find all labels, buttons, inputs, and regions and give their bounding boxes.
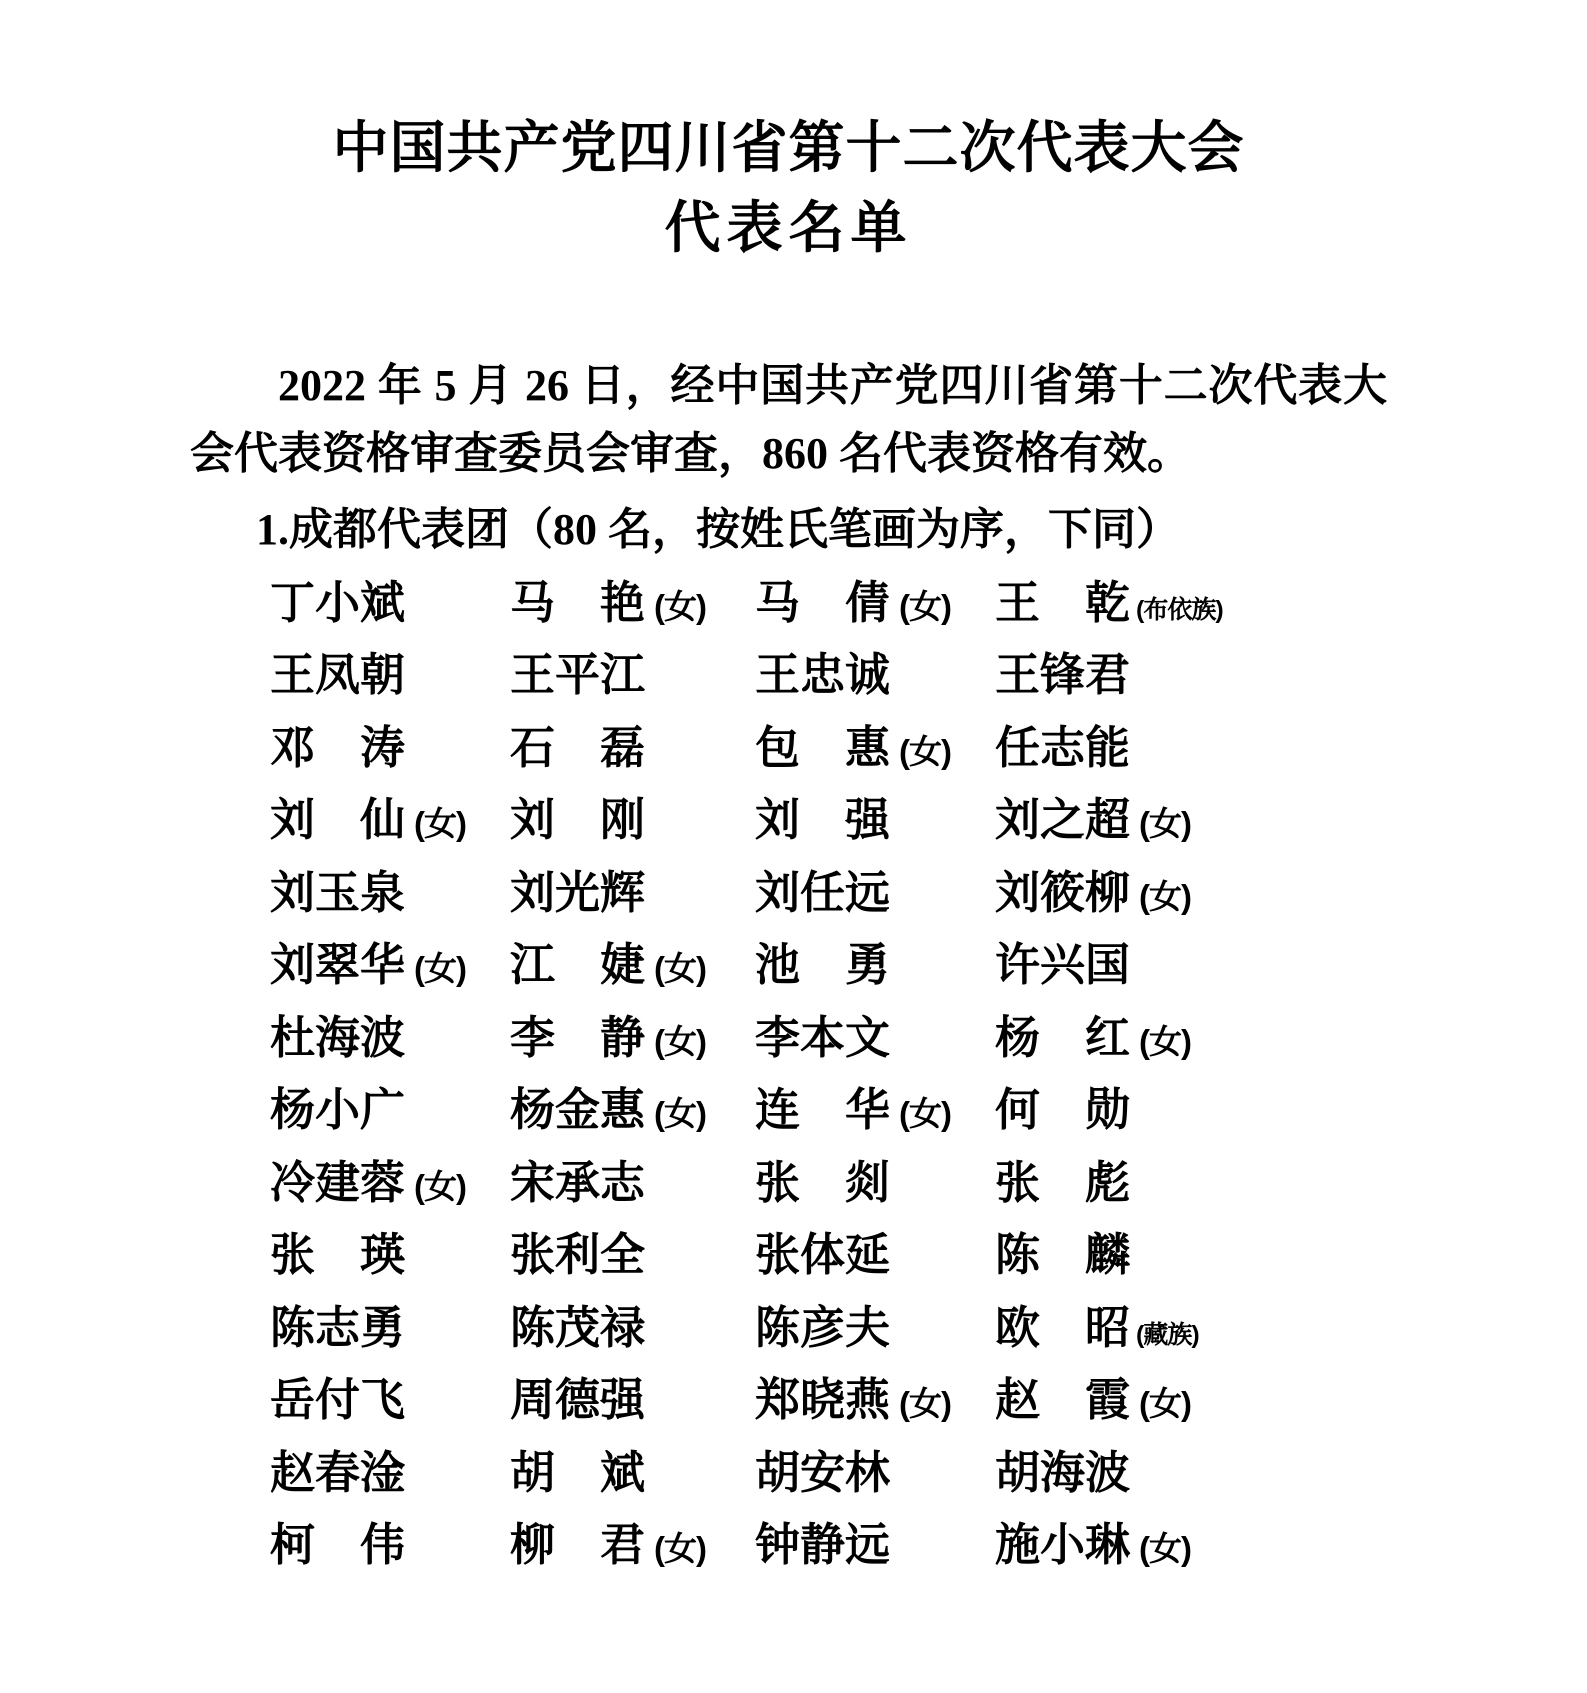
delegate-cell: 刘之超(女): [995, 797, 1387, 842]
delegate-cell: 杜海波: [270, 1015, 510, 1060]
delegate-name: 胡 斌: [510, 1450, 645, 1495]
intro-paragraph: 2022 年 5 月 26 日，经中国共产党四川省第十二次代表大会代表资格审查委…: [190, 352, 1387, 488]
delegate-cell: 陈彦夫: [755, 1305, 995, 1350]
delegate-cell: 胡 斌: [510, 1450, 755, 1495]
delegate-name: 丁小斌: [270, 580, 405, 625]
delegate-cell: 刘筱柳(女): [995, 870, 1387, 915]
delegate-cell: 刘 仙(女): [270, 797, 510, 842]
delegate-name: 柯 伟: [270, 1522, 405, 1567]
delegate-name: 邓 涛: [270, 725, 405, 770]
delegate-name: 刘 刚: [510, 797, 645, 842]
delegate-cell: 张 瑛: [270, 1232, 510, 1277]
delegate-name: 王 乾: [995, 580, 1130, 625]
delegate-cell: 陈 麟: [995, 1232, 1387, 1277]
delegate-name: 张 彪: [995, 1160, 1130, 1205]
delegate-name: 刘玉泉: [270, 870, 405, 915]
delegate-name: 王忠诚: [755, 652, 890, 697]
delegate-name: 欧 昭: [995, 1305, 1130, 1350]
delegate-name: 李 静: [510, 1015, 645, 1060]
delegate-name: 张利全: [510, 1232, 645, 1277]
delegate-name: 马 倩: [755, 580, 890, 625]
delegate-name: 杨 红: [995, 1015, 1130, 1060]
section-heading-chengdu-delegation: 1.成都代表团（80 名，按姓氏笔画为序，下同）: [190, 500, 1387, 560]
delegate-name: 赵春淦: [270, 1450, 405, 1495]
delegate-cell: 刘翠华(女): [270, 942, 510, 987]
gender-note: (女): [654, 588, 706, 625]
delegate-name: 胡安林: [755, 1450, 890, 1495]
delegate-row: 岳付飞周德强郑晓燕(女)赵 霞(女): [270, 1364, 1387, 1437]
delegate-cell: 刘玉泉: [270, 870, 510, 915]
delegate-row: 冷建蓉(女)宋承志张 剡张 彪: [270, 1146, 1387, 1219]
delegate-cell: 冷建蓉(女): [270, 1160, 510, 1205]
gender-note: (女): [899, 1385, 951, 1422]
gender-note: (女): [899, 733, 951, 770]
delegate-cell: 刘 强: [755, 797, 995, 842]
delegate-name: 张 剡: [755, 1160, 890, 1205]
delegate-name: 张体延: [755, 1232, 890, 1277]
delegate-name: 马 艳: [510, 580, 645, 625]
title-line-2: 代表名单: [190, 188, 1387, 268]
delegate-name: 陈茂禄: [510, 1305, 645, 1350]
delegate-cell: 胡海波: [995, 1450, 1387, 1495]
delegate-cell: 岳付飞: [270, 1377, 510, 1422]
gender-note: (女): [414, 805, 466, 842]
gender-note: (女): [414, 950, 466, 987]
delegate-cell: 杨金惠(女): [510, 1087, 755, 1132]
delegate-cell: 陈茂禄: [510, 1305, 755, 1350]
delegate-row: 邓 涛石 磊包 惠(女)任志能: [270, 711, 1387, 784]
delegate-name: 刘任远: [755, 870, 890, 915]
delegate-name: 杨小广: [270, 1087, 405, 1132]
delegate-cell: 任志能: [995, 725, 1387, 770]
delegate-cell: 李本文: [755, 1015, 995, 1060]
document-page: 中国共产党四川省第十二次代表大会 代表名单 2022 年 5 月 26 日，经中…: [0, 0, 1587, 1693]
gender-note: (女): [1139, 1023, 1191, 1060]
delegate-row: 杨小广杨金惠(女)连 华(女)何 勋: [270, 1074, 1387, 1147]
delegate-name: 刘之超: [995, 797, 1130, 842]
delegate-list: 丁小斌马 艳(女)马 倩(女)王 乾(布依族)王凤朝王平江王忠诚王锋君邓 涛石 …: [190, 566, 1387, 1581]
delegate-name: 包 惠: [755, 725, 890, 770]
delegate-name: 杨金惠: [510, 1087, 645, 1132]
delegate-cell: 欧 昭(藏族): [995, 1305, 1387, 1350]
delegate-name: 陈志勇: [270, 1305, 405, 1350]
delegate-cell: 张利全: [510, 1232, 755, 1277]
delegate-name: 刘筱柳: [995, 870, 1130, 915]
delegate-name: 许兴国: [995, 942, 1130, 987]
delegate-name: 刘光辉: [510, 870, 645, 915]
delegate-cell: 胡安林: [755, 1450, 995, 1495]
delegate-name: 赵 霞: [995, 1377, 1130, 1422]
delegate-name: 周德强: [510, 1377, 645, 1422]
delegate-row: 刘翠华(女)江 婕(女)池 勇许兴国: [270, 929, 1387, 1002]
delegate-cell: 钟静远: [755, 1522, 995, 1567]
delegate-name: 王锋君: [995, 652, 1130, 697]
delegate-cell: 张体延: [755, 1232, 995, 1277]
gender-note: (女): [1139, 805, 1191, 842]
delegate-cell: 刘任远: [755, 870, 995, 915]
delegate-cell: 王 乾(布依族): [995, 580, 1387, 625]
delegate-cell: 柯 伟: [270, 1522, 510, 1567]
gender-note: (女): [654, 1530, 706, 1567]
delegate-cell: 刘 刚: [510, 797, 755, 842]
delegate-cell: 何 勋: [995, 1087, 1387, 1132]
delegate-row: 王凤朝王平江王忠诚王锋君: [270, 639, 1387, 712]
delegate-row: 陈志勇陈茂禄陈彦夫欧 昭(藏族): [270, 1291, 1387, 1364]
delegate-row: 刘 仙(女)刘 刚刘 强刘之超(女): [270, 784, 1387, 857]
delegate-name: 江 婕: [510, 942, 645, 987]
delegate-name: 刘翠华: [270, 942, 405, 987]
delegate-name: 连 华: [755, 1087, 890, 1132]
delegate-cell: 张 彪: [995, 1160, 1387, 1205]
delegate-name: 陈彦夫: [755, 1305, 890, 1350]
delegate-cell: 刘光辉: [510, 870, 755, 915]
document-title: 中国共产党四川省第十二次代表大会 代表名单: [190, 108, 1387, 268]
gender-note: (女): [654, 1023, 706, 1060]
delegate-name: 陈 麟: [995, 1232, 1130, 1277]
delegate-cell: 马 倩(女): [755, 580, 995, 625]
delegate-row: 丁小斌马 艳(女)马 倩(女)王 乾(布依族): [270, 566, 1387, 639]
delegate-cell: 柳 君(女): [510, 1522, 755, 1567]
gender-note: (女): [899, 588, 951, 625]
delegate-cell: 赵 霞(女): [995, 1377, 1387, 1422]
delegate-cell: 邓 涛: [270, 725, 510, 770]
delegate-cell: 王平江: [510, 652, 755, 697]
delegate-cell: 赵春淦: [270, 1450, 510, 1495]
delegate-name: 任志能: [995, 725, 1130, 770]
gender-note: (女): [899, 1095, 951, 1132]
delegate-cell: 王忠诚: [755, 652, 995, 697]
delegate-cell: 丁小斌: [270, 580, 510, 625]
delegate-name: 石 磊: [510, 725, 645, 770]
gender-note: (女): [654, 950, 706, 987]
delegate-cell: 李 静(女): [510, 1015, 755, 1060]
delegate-name: 岳付飞: [270, 1377, 405, 1422]
delegate-cell: 陈志勇: [270, 1305, 510, 1350]
delegate-row: 赵春淦胡 斌胡安林胡海波: [270, 1436, 1387, 1509]
gender-note: (女): [654, 1095, 706, 1132]
delegate-cell: 池 勇: [755, 942, 995, 987]
delegate-row: 柯 伟柳 君(女)钟静远施小琳(女): [270, 1509, 1387, 1582]
delegate-cell: 马 艳(女): [510, 580, 755, 625]
delegate-cell: 张 剡: [755, 1160, 995, 1205]
delegate-name: 刘 强: [755, 797, 890, 842]
delegate-name: 李本文: [755, 1015, 890, 1060]
delegate-row: 刘玉泉刘光辉刘任远刘筱柳(女): [270, 856, 1387, 929]
delegate-name: 冷建蓉: [270, 1160, 405, 1205]
ethnicity-note: (藏族): [1136, 1321, 1199, 1349]
delegate-cell: 江 婕(女): [510, 942, 755, 987]
delegate-cell: 杨 红(女): [995, 1015, 1387, 1060]
ethnicity-note: (布依族): [1136, 596, 1223, 624]
delegate-cell: 包 惠(女): [755, 725, 995, 770]
delegate-cell: 王凤朝: [270, 652, 510, 697]
title-line-1: 中国共产党四川省第十二次代表大会: [190, 108, 1387, 188]
delegate-name: 池 勇: [755, 942, 890, 987]
delegate-row: 杜海波李 静(女)李本文杨 红(女): [270, 1001, 1387, 1074]
delegate-name: 宋承志: [510, 1160, 645, 1205]
gender-note: (女): [1139, 1385, 1191, 1422]
delegate-cell: 宋承志: [510, 1160, 755, 1205]
delegate-name: 施小琳: [995, 1522, 1130, 1567]
delegate-cell: 石 磊: [510, 725, 755, 770]
delegate-name: 郑晓燕: [755, 1377, 890, 1422]
delegate-name: 张 瑛: [270, 1232, 405, 1277]
gender-note: (女): [1139, 878, 1191, 915]
delegate-name: 钟静远: [755, 1522, 890, 1567]
delegate-row: 张 瑛张利全张体延陈 麟: [270, 1219, 1387, 1292]
delegate-name: 王平江: [510, 652, 645, 697]
delegate-cell: 杨小广: [270, 1087, 510, 1132]
gender-note: (女): [1139, 1530, 1191, 1567]
delegate-name: 王凤朝: [270, 652, 405, 697]
delegate-name: 何 勋: [995, 1087, 1130, 1132]
delegate-name: 刘 仙: [270, 797, 405, 842]
gender-note: (女): [414, 1168, 466, 1205]
delegate-cell: 周德强: [510, 1377, 755, 1422]
delegate-name: 胡海波: [995, 1450, 1130, 1495]
delegate-cell: 施小琳(女): [995, 1522, 1387, 1567]
delegate-cell: 许兴国: [995, 942, 1387, 987]
delegate-cell: 王锋君: [995, 652, 1387, 697]
delegate-name: 柳 君: [510, 1522, 645, 1567]
delegate-cell: 郑晓燕(女): [755, 1377, 995, 1422]
delegate-cell: 连 华(女): [755, 1087, 995, 1132]
delegate-name: 杜海波: [270, 1015, 405, 1060]
